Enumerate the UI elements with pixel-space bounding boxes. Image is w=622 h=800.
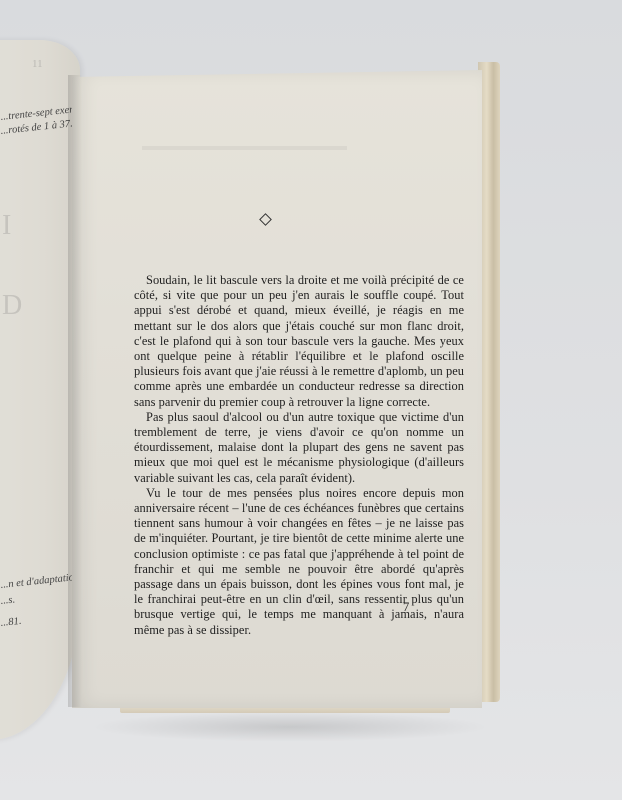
book-gutter (68, 75, 82, 707)
show-through-text (142, 146, 347, 150)
paragraph-2: Pas plus saoul d'alcool ou d'un autre to… (134, 410, 464, 486)
body-text: Soudain, le lit bascule vers la droite e… (134, 273, 464, 638)
paragraph-3: Vu le tour de mes pensées plus noires en… (134, 486, 464, 638)
left-page-folio: 11 (32, 58, 43, 70)
left-page-ghost-letter-1: I (2, 210, 11, 242)
left-page-bottom-line-2: ...s. (0, 594, 16, 606)
page-number: 7 (403, 600, 409, 615)
book-shadow (90, 712, 490, 742)
paragraph-1: Soudain, le lit bascule vers la droite e… (134, 273, 464, 410)
left-page-bottom-line-3: ...81. (0, 616, 22, 629)
left-page-ghost-letter-2: D (2, 290, 22, 322)
